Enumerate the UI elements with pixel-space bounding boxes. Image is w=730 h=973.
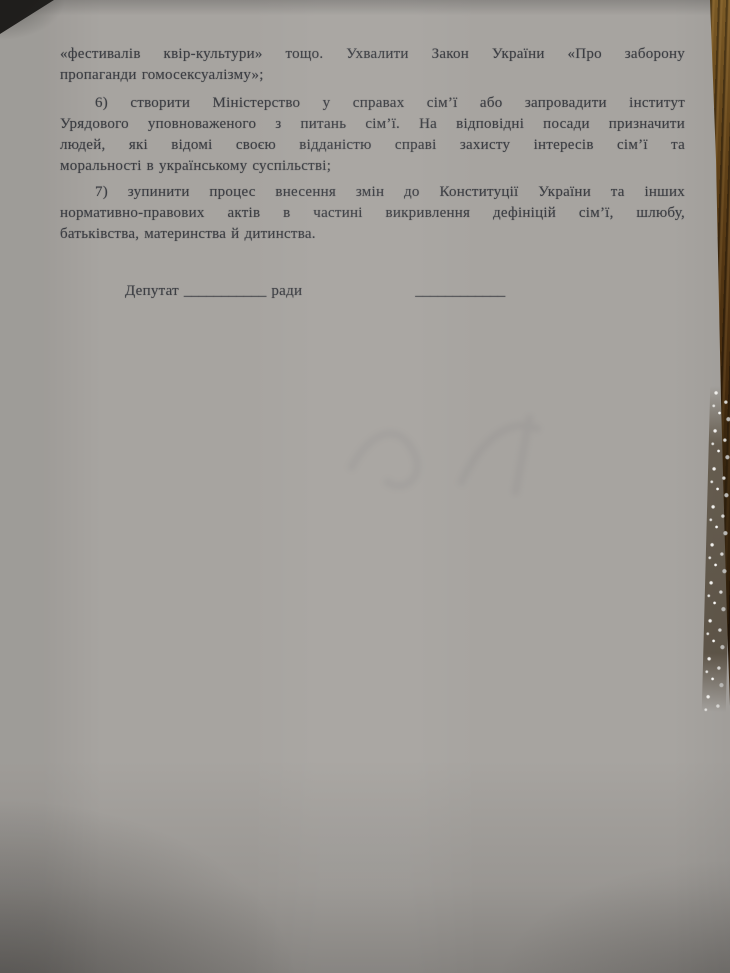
text-line: моральності в українському суспільстві; (60, 156, 685, 177)
signature-blank-council: ___________ (184, 283, 267, 299)
text-line: батьківства, материнства й дитинства. (60, 224, 685, 245)
signature-line: Депутат___________ради____________ (60, 281, 685, 302)
paragraph-6: 6) створити Міністерство у справах сім’ї… (60, 93, 685, 177)
signature-council-label: ради (271, 283, 302, 299)
text-line: Урядового уповноваженого з питань сім’ї.… (60, 114, 685, 135)
paragraph-7: 7) зупинити процес внесення змін до Конс… (60, 182, 685, 245)
text-line: пропаганди гомосексуалізму»; (60, 65, 685, 86)
text-line: людей, які відомі своєю відданістю справ… (60, 135, 685, 156)
text-line: «фестивалів квір-культури» тощо. Ухвалит… (60, 44, 685, 65)
document-text: «фестивалів квір-культури» тощо. Ухвалит… (60, 44, 685, 302)
signature-role-label: Депутат (125, 283, 179, 299)
text-line: 7) зупинити процес внесення змін до Конс… (60, 182, 685, 203)
text-line: нормативно-правових актів в частині викр… (60, 203, 685, 224)
photo-scene: «фестивалів квір-культури» тощо. Ухвалит… (0, 0, 730, 973)
paragraph-intro: «фестивалів квір-культури» тощо. Ухвалит… (60, 44, 685, 86)
paper-sheet: «фестивалів квір-культури» тощо. Ухвалит… (0, 0, 730, 973)
text-line: 6) створити Міністерство у справах сім’ї… (60, 93, 685, 114)
signature-blank-name: ____________ (415, 283, 505, 299)
bleedthrough-mark (330, 400, 560, 510)
